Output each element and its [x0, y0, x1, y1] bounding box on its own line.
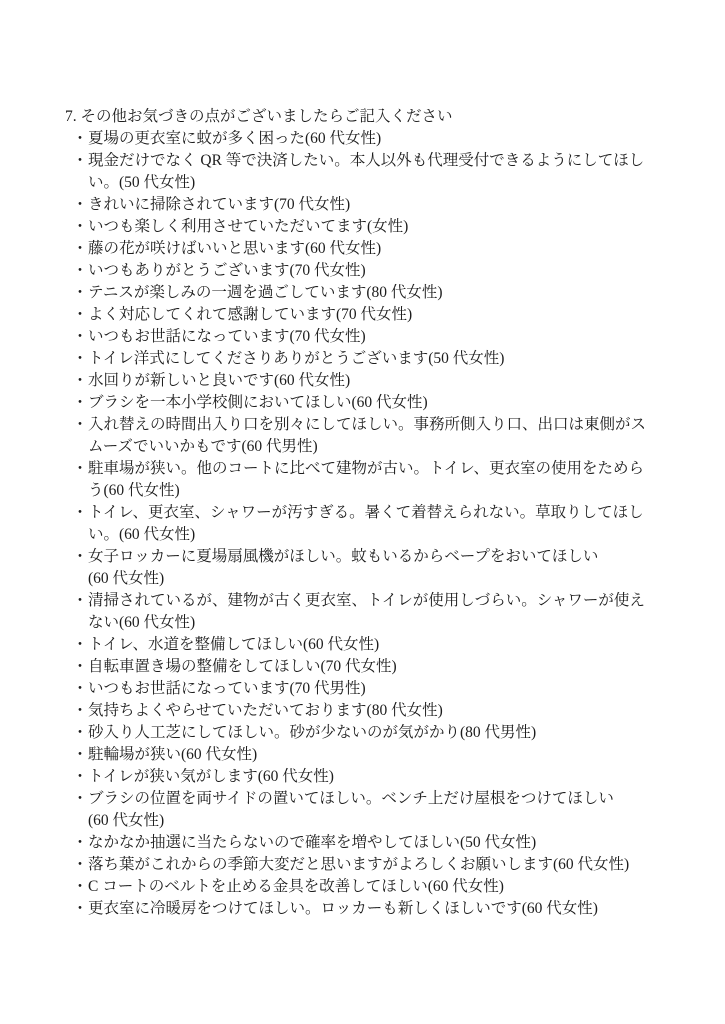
comment-text: ブラシを一本小学校側においてほしい(60 代女性): [88, 392, 673, 414]
comment-item: ・女子ロッカーに夏場扇風機がほしい。蚊もいるからベープをおいてほしい (60 代…: [65, 546, 673, 590]
comment-item: ・自転車置き場の整備をしてほしい(70 代女性): [65, 656, 673, 678]
comment-list: ・夏場の更衣室に蚊が多く困った(60 代女性)・現金だけでなく QR 等で決済し…: [65, 128, 673, 920]
comment-item: ・いつも楽しく利用させていただいてます(女性): [65, 216, 673, 238]
bullet-marker: ・: [72, 546, 88, 568]
comment-item: ・トイレ、水道を整備してほしい(60 代女性): [65, 634, 673, 656]
comment-text: いつも楽しく利用させていただいてます(女性): [88, 216, 673, 238]
comment-text: いつもお世話になっています(70 代男性): [88, 678, 673, 700]
bullet-marker: ・: [72, 260, 88, 282]
comment-text: 入れ替えの時間出入り口を別々にしてほしい。事務所側入り口、出口は東側がス ムーズ…: [88, 414, 673, 458]
bullet-marker: ・: [72, 876, 88, 898]
document-page: 7. その他お気づきの点がございましたらご記入ください ・夏場の更衣室に蚊が多く…: [0, 0, 725, 1024]
comment-text: きれいに掃除されています(70 代女性): [88, 194, 673, 216]
comment-item: ・更衣室に冷暖房をつけてほしい。ロッカーも新しくほしいです(60 代女性): [65, 898, 673, 920]
bullet-marker: ・: [72, 722, 88, 744]
comment-text: いつもありがとうございます(70 代女性): [88, 260, 673, 282]
bullet-marker: ・: [72, 766, 88, 788]
comment-text: いつもお世話になっています(70 代女性): [88, 326, 673, 348]
bullet-marker: ・: [72, 282, 88, 304]
comment-text: トイレ、水道を整備してほしい(60 代女性): [88, 634, 673, 656]
comment-text: 現金だけでなく QR 等で決済したい。本人以外も代理受付できるようにしてほし い…: [88, 150, 673, 194]
comment-item: ・いつもお世話になっています(70 代男性): [65, 678, 673, 700]
comment-item: ・現金だけでなく QR 等で決済したい。本人以外も代理受付できるようにしてほし …: [65, 150, 673, 194]
comment-item: ・入れ替えの時間出入り口を別々にしてほしい。事務所側入り口、出口は東側がス ムー…: [65, 414, 673, 458]
comment-text: トイレ洋式にしてくださりありがとうございます(50 代女性): [88, 348, 673, 370]
bullet-marker: ・: [72, 656, 88, 678]
comment-item: ・なかなか抽選に当たらないので確率を増やしてほしい(50 代女性): [65, 832, 673, 854]
comment-item: ・落ち葉がこれからの季節大変だと思いますがよろしくお願いします(60 代女性): [65, 854, 673, 876]
comment-item: ・砂入り人工芝にしてほしい。砂が少ないのが気がかり(80 代男性): [65, 722, 673, 744]
comment-item: ・トイレ、更衣室、シャワーが汚すぎる。暑くて着替えられない。草取りしてほし い。…: [65, 502, 673, 546]
comment-item: ・C コートのベルトを止める金具を改善してほしい(60 代女性): [65, 876, 673, 898]
comment-text: 清掃されているが、建物が古く更衣室、トイレが使用しづらい。シャワーが使え ない(…: [88, 590, 673, 634]
comment-text: 更衣室に冷暖房をつけてほしい。ロッカーも新しくほしいです(60 代女性): [88, 898, 673, 920]
comment-text: 気持ちよくやらせていただいております(80 代女性): [88, 700, 673, 722]
bullet-marker: ・: [72, 502, 88, 524]
comment-item: ・トイレが狭い気がします(60 代女性): [65, 766, 673, 788]
comment-text: 夏場の更衣室に蚊が多く困った(60 代女性): [88, 128, 673, 150]
bullet-marker: ・: [72, 216, 88, 238]
comment-text: ブラシの位置を両サイドの置いてほしい。ベンチ上だけ屋根をつけてほしい (60 代…: [88, 788, 673, 832]
bullet-marker: ・: [72, 678, 88, 700]
comment-item: ・清掃されているが、建物が古く更衣室、トイレが使用しづらい。シャワーが使え ない…: [65, 590, 673, 634]
comment-text: 砂入り人工芝にしてほしい。砂が少ないのが気がかり(80 代男性): [88, 722, 673, 744]
comment-text: トイレ、更衣室、シャワーが汚すぎる。暑くて着替えられない。草取りしてほし い。(…: [88, 502, 673, 546]
bullet-marker: ・: [72, 590, 88, 612]
comment-text: 駐車場が狭い。他のコートに比べて建物が古い。トイレ、更衣室の使用をためら う(6…: [88, 458, 673, 502]
comment-item: ・気持ちよくやらせていただいております(80 代女性): [65, 700, 673, 722]
comment-item: ・ブラシを一本小学校側においてほしい(60 代女性): [65, 392, 673, 414]
comment-text: 自転車置き場の整備をしてほしい(70 代女性): [88, 656, 673, 678]
comment-item: ・きれいに掃除されています(70 代女性): [65, 194, 673, 216]
bullet-marker: ・: [72, 194, 88, 216]
comment-text: 落ち葉がこれからの季節大変だと思いますがよろしくお願いします(60 代女性): [88, 854, 673, 876]
comment-item: ・夏場の更衣室に蚊が多く困った(60 代女性): [65, 128, 673, 150]
comment-item: ・駐輪場が狭い(60 代女性): [65, 744, 673, 766]
bullet-marker: ・: [72, 854, 88, 876]
comment-text: 水回りが新しいと良いです(60 代女性): [88, 370, 673, 392]
bullet-marker: ・: [72, 458, 88, 480]
comment-item: ・トイレ洋式にしてくださりありがとうございます(50 代女性): [65, 348, 673, 370]
section-heading: 7. その他お気づきの点がございましたらご記入ください: [65, 106, 673, 128]
bullet-marker: ・: [72, 898, 88, 920]
bullet-marker: ・: [72, 634, 88, 656]
bullet-marker: ・: [72, 348, 88, 370]
bullet-marker: ・: [72, 832, 88, 854]
bullet-marker: ・: [72, 370, 88, 392]
comment-text: トイレが狭い気がします(60 代女性): [88, 766, 673, 788]
comment-text: 女子ロッカーに夏場扇風機がほしい。蚊もいるからベープをおいてほしい (60 代女…: [88, 546, 673, 590]
comment-text: 藤の花が咲けばいいと思います(60 代女性): [88, 238, 673, 260]
comment-item: ・藤の花が咲けばいいと思います(60 代女性): [65, 238, 673, 260]
comment-text: C コートのベルトを止める金具を改善してほしい(60 代女性): [88, 876, 673, 898]
bullet-marker: ・: [72, 326, 88, 348]
bullet-marker: ・: [72, 128, 88, 150]
comment-item: ・テニスが楽しみの一週を過ごしています(80 代女性): [65, 282, 673, 304]
comment-item: ・水回りが新しいと良いです(60 代女性): [65, 370, 673, 392]
comment-text: 駐輪場が狭い(60 代女性): [88, 744, 673, 766]
bullet-marker: ・: [72, 700, 88, 722]
bullet-marker: ・: [72, 414, 88, 436]
comment-item: ・いつもお世話になっています(70 代女性): [65, 326, 673, 348]
bullet-marker: ・: [72, 304, 88, 326]
bullet-marker: ・: [72, 150, 88, 172]
comment-item: ・駐車場が狭い。他のコートに比べて建物が古い。トイレ、更衣室の使用をためら う(…: [65, 458, 673, 502]
comment-item: ・いつもありがとうございます(70 代女性): [65, 260, 673, 282]
bullet-marker: ・: [72, 392, 88, 414]
comment-text: テニスが楽しみの一週を過ごしています(80 代女性): [88, 282, 673, 304]
bullet-marker: ・: [72, 788, 88, 810]
bullet-marker: ・: [72, 744, 88, 766]
comment-item: ・ブラシの位置を両サイドの置いてほしい。ベンチ上だけ屋根をつけてほしい (60 …: [65, 788, 673, 832]
bullet-marker: ・: [72, 238, 88, 260]
comment-item: ・よく対応してくれて感謝しています(70 代女性): [65, 304, 673, 326]
comment-text: なかなか抽選に当たらないので確率を増やしてほしい(50 代女性): [88, 832, 673, 854]
comment-text: よく対応してくれて感謝しています(70 代女性): [88, 304, 673, 326]
